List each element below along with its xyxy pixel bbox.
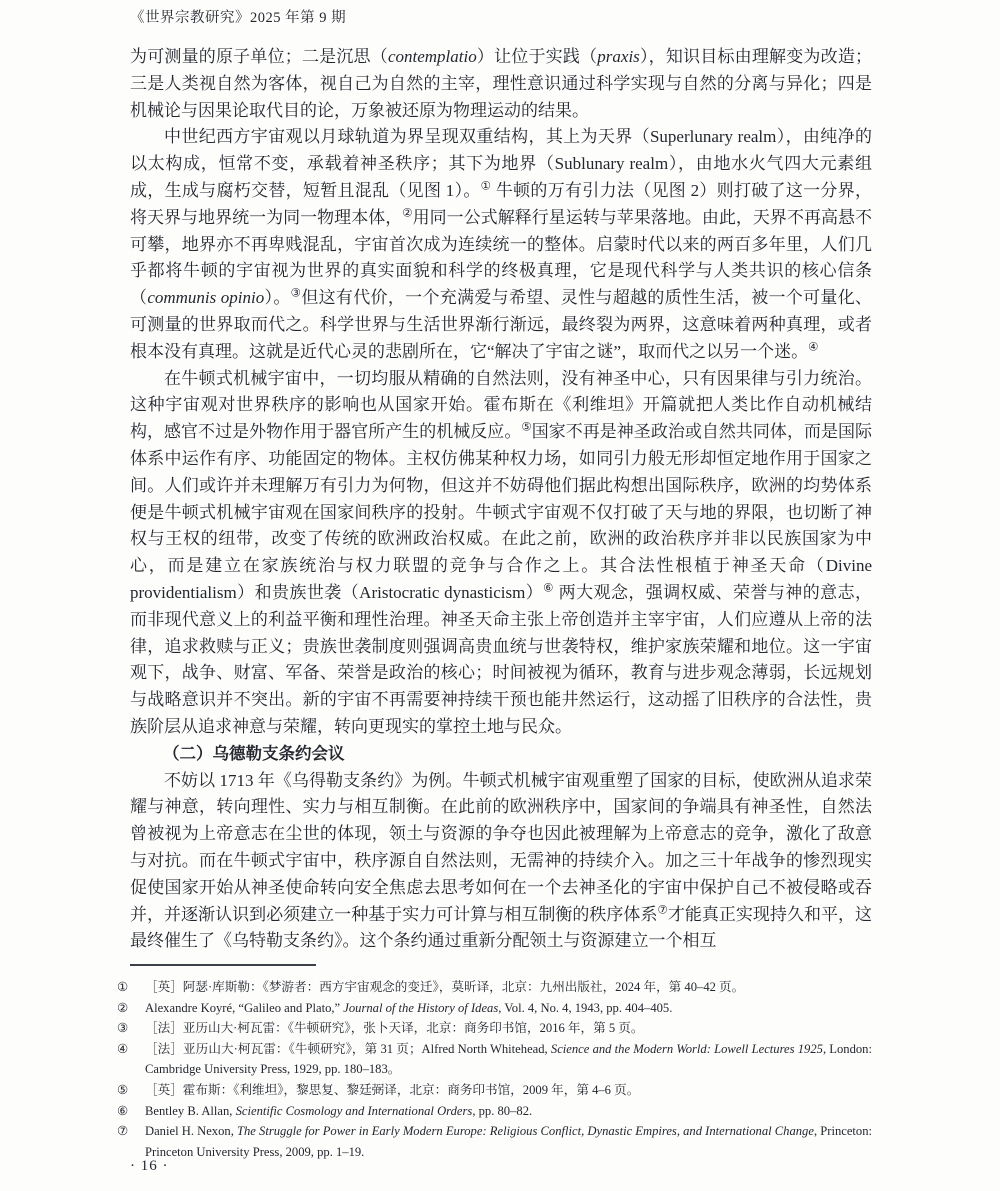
- text-run: ［英］阿瑟·库斯勒：《梦游者：西方宇宙观念的变迁》，莫昕译，北京：九州出版社，2…: [145, 980, 744, 994]
- text-run: 不妨以 1713 年《乌得勒支条约》为例。牛顿式机械宇宙观重塑了国家的目标，使欧…: [130, 771, 872, 924]
- footnote-marker: ①: [117, 977, 145, 998]
- footnote-marker: ⑥: [117, 1101, 145, 1122]
- text-run: Alexandre Koyré, “Galileo and Plato,”: [145, 1001, 343, 1015]
- footnote-ref: ①: [481, 179, 492, 192]
- footnote-separator: [130, 964, 316, 966]
- footnote-item: ⑤［英］霍布斯：《利维坦》，黎思复、黎廷弼译，北京：商务印书馆，2009 年，第…: [117, 1080, 872, 1101]
- footnote-marker: ②: [117, 998, 145, 1019]
- body-paragraph: 为可测量的原子单位；二是沉思（contemplatio）让位于实践（praxis…: [130, 44, 872, 124]
- footnote-marker: ⑤: [117, 1080, 145, 1101]
- text-run: 为可测量的原子单位；二是沉思（: [130, 47, 388, 66]
- footnote-item: ①［英］阿瑟·库斯勒：《梦游者：西方宇宙观念的变迁》，莫昕译，北京：九州出版社，…: [117, 977, 872, 998]
- text-run: Bentley B. Allan,: [145, 1104, 236, 1118]
- text-run: 国家不再是神圣政治或自然共同体，而是国际体系中运作有序、功能固定的物体。主权仿佛…: [130, 422, 872, 602]
- footnote-text: Bentley B. Allan, Scientific Cosmology a…: [145, 1101, 872, 1122]
- text-run: , Vol. 4, No. 4, 1943, pp. 404–405.: [498, 1001, 672, 1015]
- italic-term: The Struggle for Power in Early Modern E…: [237, 1124, 814, 1138]
- page-number: · 16 ·: [130, 1158, 169, 1175]
- italic-term: communis opinio: [147, 288, 264, 307]
- journal-page: 《世界宗教研究》2025 年第 9 期 为可测量的原子单位；二是沉思（conte…: [0, 0, 1000, 1191]
- footnote-ref: ④: [808, 340, 818, 353]
- footnote-marker: ⑦: [117, 1121, 145, 1142]
- footnote-text: ［英］霍布斯：《利维坦》，黎思复、黎廷弼译，北京：商务印书馆，2009 年，第 …: [145, 1080, 872, 1101]
- text-run: , pp. 80–82.: [472, 1104, 532, 1118]
- italic-term: Scientific Cosmology and International O…: [236, 1104, 473, 1118]
- footnote-ref: ②: [402, 206, 412, 219]
- footnote-item: ②Alexandre Koyré, “Galileo and Plato,” J…: [117, 998, 872, 1019]
- italic-term: contemplatio: [388, 47, 477, 66]
- text-run: （二）乌德勒支条约会议: [163, 745, 345, 763]
- footnote-text: ［英］阿瑟·库斯勒：《梦游者：西方宇宙观念的变迁》，莫昕译，北京：九州出版社，2…: [145, 977, 872, 998]
- footnote-list: ①［英］阿瑟·库斯勒：《梦游者：西方宇宙观念的变迁》，莫昕译，北京：九州出版社，…: [130, 977, 872, 1162]
- text-run: ［法］亚历山大·柯瓦雷：《牛顿研究》，第 31 页；Alfred North W…: [145, 1042, 551, 1056]
- body-paragraph: 在牛顿式机械宇宙中，一切均服从精确的自然法则，没有神圣中心，只有因果律与引力统治…: [130, 366, 872, 741]
- footnote-text: Alexandre Koyré, “Galileo and Plato,” Jo…: [145, 998, 872, 1019]
- footnote-text: ［法］亚历山大·柯瓦雷：《牛顿研究》，张卜天译，北京：商务印书馆，2016 年，…: [145, 1018, 872, 1039]
- footnote-item: ③［法］亚历山大·柯瓦雷：《牛顿研究》，张卜天译，北京：商务印书馆，2016 年…: [117, 1018, 872, 1039]
- footnote-marker: ④: [117, 1039, 145, 1060]
- text-run: ）。: [264, 288, 290, 307]
- footnote-text: ［法］亚历山大·柯瓦雷：《牛顿研究》，第 31 页；Alfred North W…: [145, 1039, 872, 1080]
- body-paragraph: 中世纪西方宇宙观以月球轨道为界呈现双重结构，其上为天界（Superlunary …: [130, 124, 872, 365]
- section-heading: （二）乌德勒支条约会议: [130, 741, 872, 768]
- italic-term: praxis: [597, 47, 640, 66]
- footnote-text: Daniel H. Nexon, The Struggle for Power …: [145, 1121, 872, 1162]
- italic-term: Journal of the History of Ideas: [343, 1001, 498, 1015]
- body-paragraph: 不妨以 1713 年《乌得勒支条约》为例。牛顿式机械宇宙观重塑了国家的目标，使欧…: [130, 768, 872, 956]
- footnote-ref: ⑦: [657, 903, 667, 916]
- footnote-item: ⑥Bentley B. Allan, Scientific Cosmology …: [117, 1101, 872, 1122]
- text-run: Daniel H. Nexon,: [145, 1124, 237, 1138]
- footnote-ref: ⑤: [521, 421, 531, 434]
- footnote-ref: ⑥: [543, 581, 554, 594]
- text-run: 两大观念，强调权威、荣誉与神的意志，而非现代意义上的利益平衡和理性治理。神圣天命…: [130, 583, 872, 736]
- text-run: ）让位于实践（: [477, 47, 598, 66]
- italic-term: Science and the Modern World: Lowell Lec…: [551, 1042, 823, 1056]
- footnote-item: ④［法］亚历山大·柯瓦雷：《牛顿研究》，第 31 页；Alfred North …: [117, 1039, 872, 1080]
- article-body: 为可测量的原子单位；二是沉思（contemplatio）让位于实践（praxis…: [130, 44, 872, 955]
- journal-issue-line: 《世界宗教研究》2025 年第 9 期: [130, 8, 872, 28]
- footnote-item: ⑦Daniel H. Nexon, The Struggle for Power…: [117, 1121, 872, 1162]
- text-run: ［英］霍布斯：《利维坦》，黎思复、黎廷弼译，北京：商务印书馆，2009 年，第 …: [145, 1083, 639, 1097]
- footnote-ref: ③: [291, 287, 302, 300]
- text-run: ［法］亚历山大·柯瓦雷：《牛顿研究》，张卜天译，北京：商务印书馆，2016 年，…: [145, 1021, 644, 1035]
- footnote-marker: ③: [117, 1018, 145, 1039]
